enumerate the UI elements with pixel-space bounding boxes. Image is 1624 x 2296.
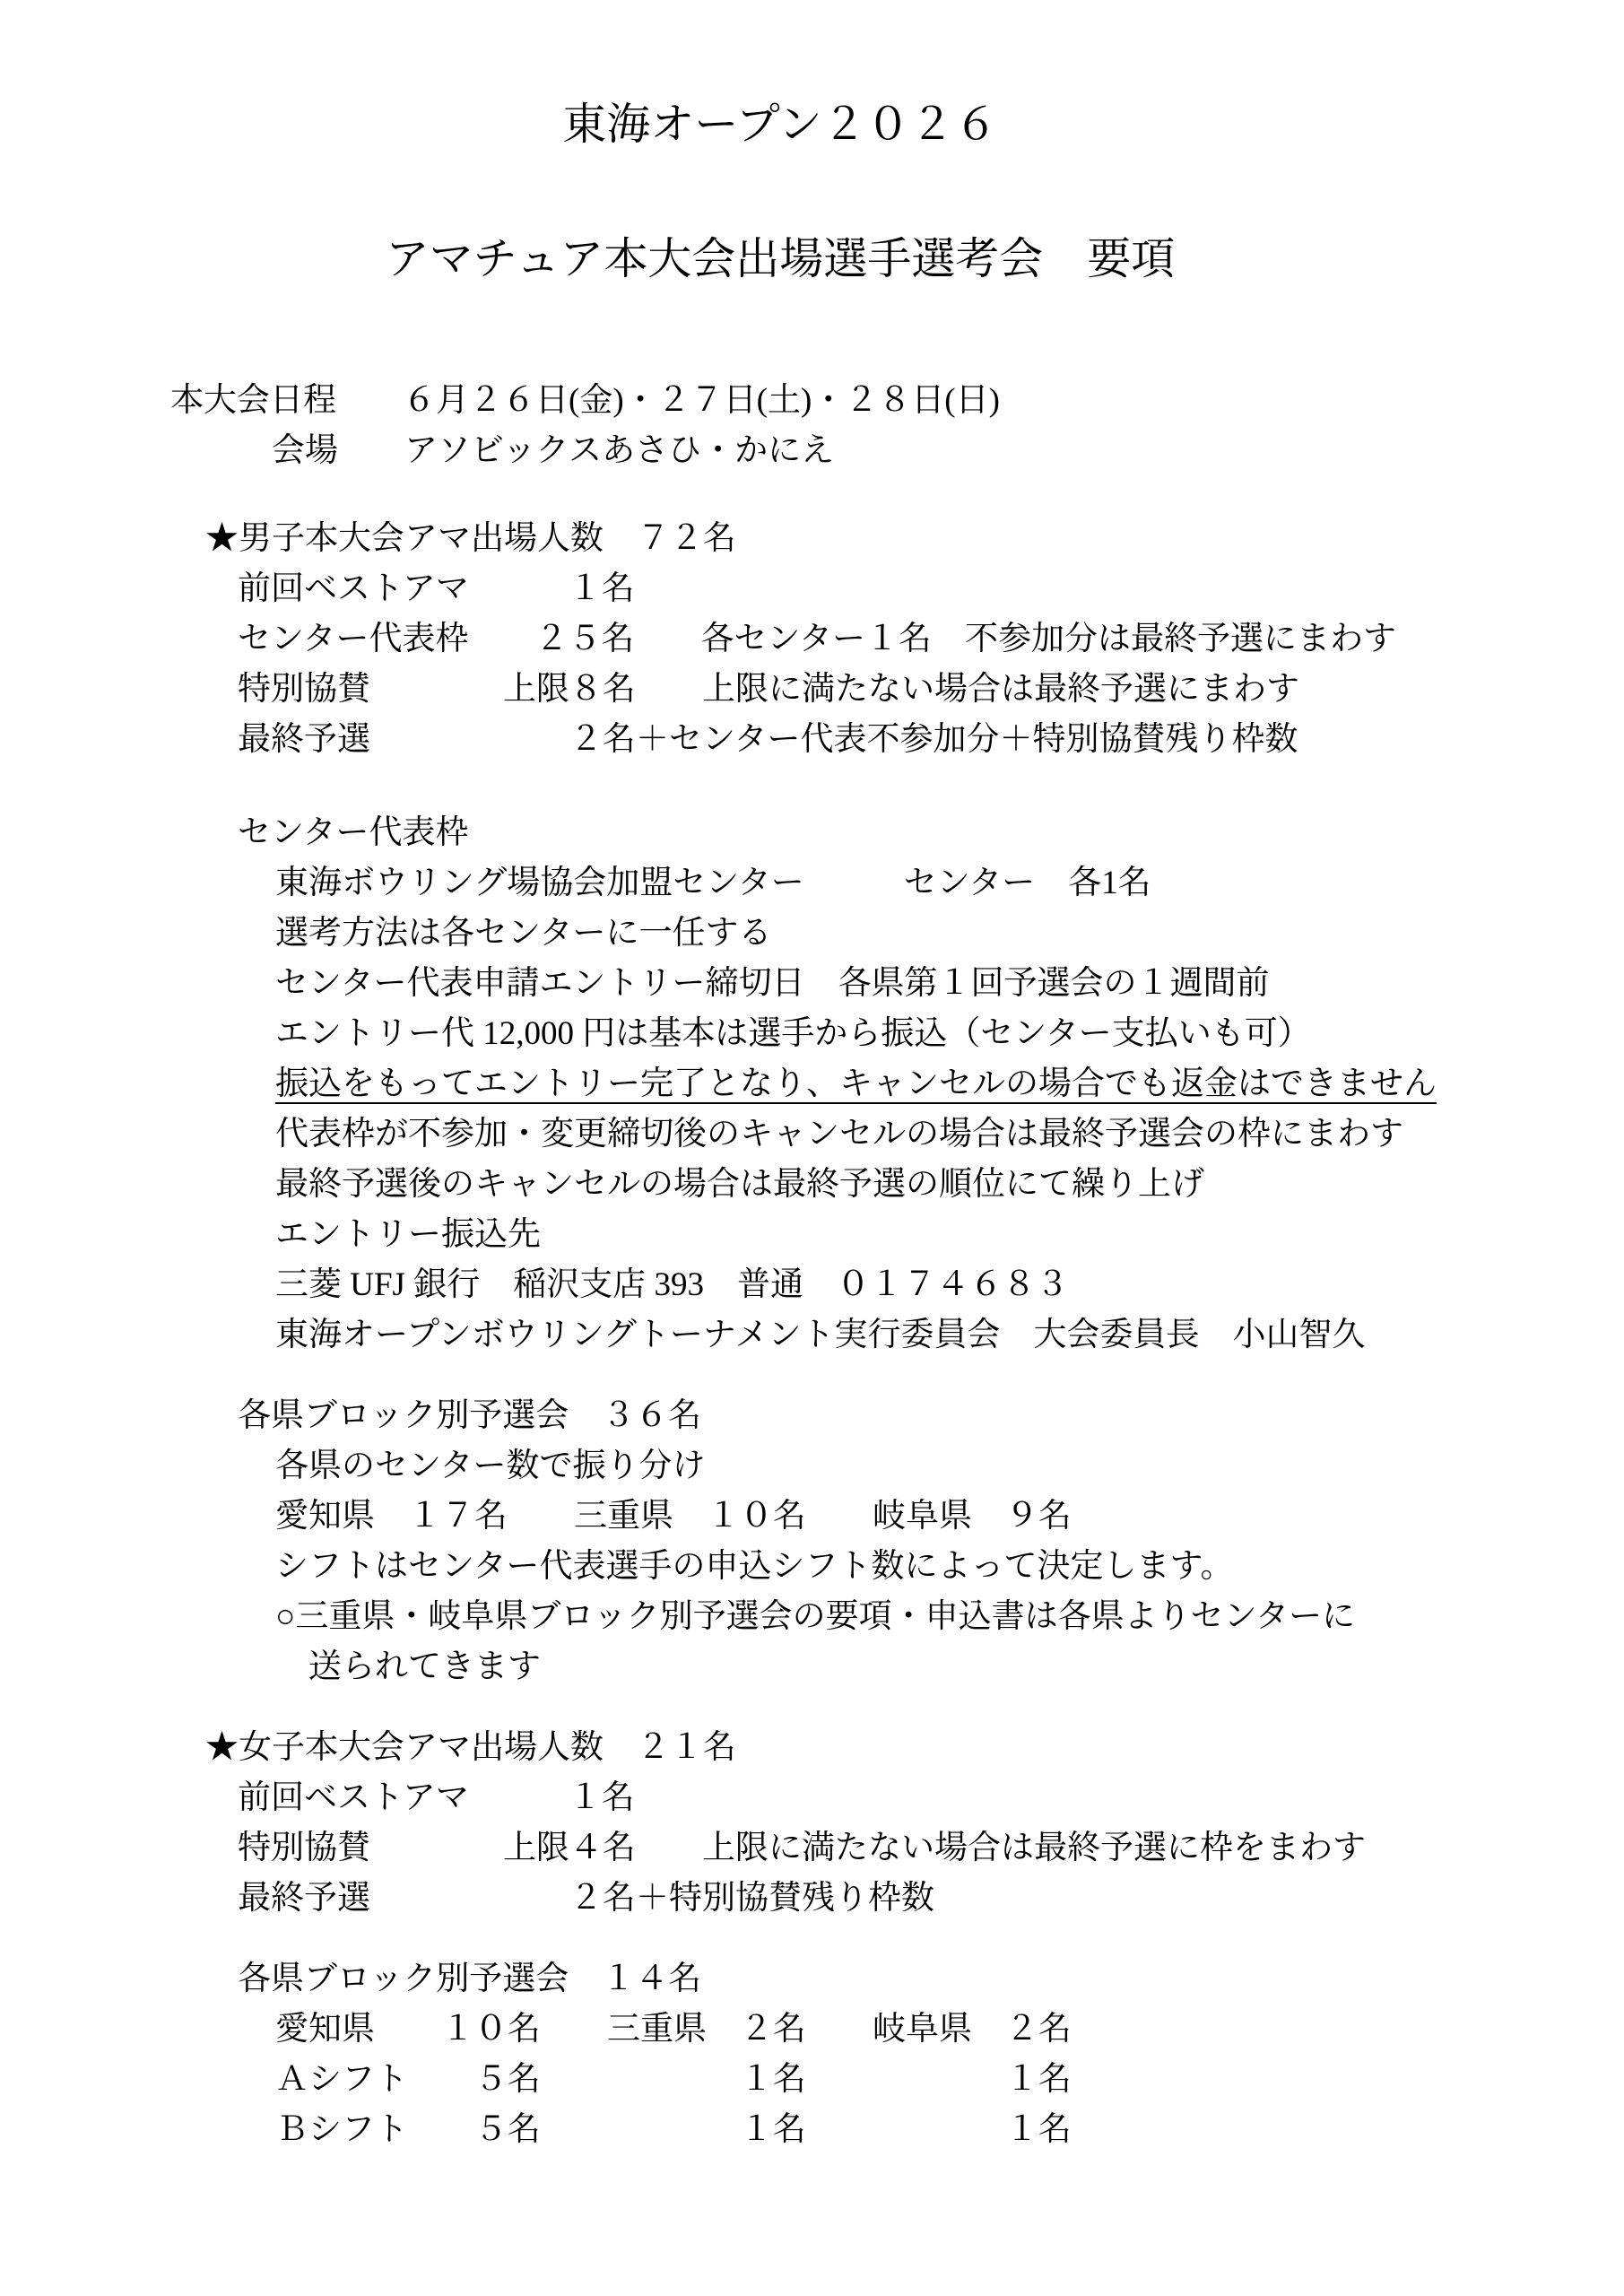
- women-best-ama-line: 前回ベストアマ １名: [238, 1778, 635, 1819]
- women-block-prefecture-counts-line: 愛知県 １０名 三重県 ２名 岐阜県 ２名: [275, 2009, 1072, 2050]
- center-entry-deadline-line: センター代表申請エントリー締切日 各県第１回予選会の１週間前: [275, 963, 1270, 1004]
- men-block-note-line-2: 送られてきます: [308, 1647, 541, 1688]
- schedule-dates-line: 本大会日程 ６月２６日(金)・２７日(土)・２８日(日): [170, 380, 1000, 422]
- men-block-prefecture-counts-line: 愛知県 １７名 三重県 １０名 岐阜県 ９名: [275, 1496, 1072, 1537]
- document-page: 東海オープン２０２６ アマチュア本大会出場選手選考会 要項 本大会日程 ６月２６…: [0, 0, 1624, 2296]
- center-entry-fee-line: エントリー代 12,000 円は基本は選手から振込（センター支払いも可）: [275, 1013, 1311, 1055]
- men-heading-line: ★男子本大会アマ出場人数 ７２名: [205, 518, 736, 560]
- men-center-quota-line: センター代表枠 ２５名 各センター１名 不参加分は最終予選にまわす: [238, 619, 1396, 660]
- bank-account-line: 三菱 UFJ 銀行 稲沢支店 393 普通 ０１７４６８３: [275, 1265, 1069, 1306]
- men-block-heading: 各県ブロック別予選会 ３６名: [238, 1396, 701, 1437]
- center-selection-method-line: 選考方法は各センターに一任する: [275, 913, 772, 954]
- women-sponsor-line: 特別協賛 上限４名 上限に満たない場合は最終予選に枠をまわす: [238, 1828, 1366, 1869]
- women-block-shift-a-line: Ａシフト ５名 １名 １名: [275, 2059, 1072, 2100]
- men-final-qualifying-line: 最終予選 ２名＋センター代表不参加分＋特別協賛残り枠数: [238, 719, 1298, 761]
- center-member-centers-line: 東海ボウリング場協会加盟センター センター 各1名: [275, 863, 1151, 904]
- center-cancel-rule-1-line: 代表枠が不参加・変更締切後のキャンセルの場合は最終予選会の枠にまわす: [275, 1114, 1403, 1155]
- committee-chairman-line: 東海オープンボウリングトーナメント実行委員会 大会委員長 小山智久: [275, 1315, 1365, 1356]
- page-title: 東海オープン２０２６: [0, 99, 1560, 151]
- page-subtitle: アマチュア本大会出場選手選考会 要項: [0, 233, 1560, 285]
- center-cancel-rule-2-line: 最終予選後のキャンセルの場合は最終予選の順位にて繰り上げ: [275, 1164, 1204, 1205]
- women-heading-line: ★女子本大会アマ出場人数 ２１名: [205, 1727, 736, 1769]
- bank-heading-line: エントリー振込先: [275, 1214, 541, 1256]
- venue-line: 会場 アソビックスあさひ・かにえ: [272, 430, 834, 472]
- men-block-shift-rule-line: シフトはセンター代表選手の申込シフト数によって決定します。: [275, 1546, 1234, 1587]
- center-refund-notice-line: 振込をもってエントリー完了となり、キャンセルの場合でも返金はできません: [275, 1064, 1437, 1105]
- men-best-ama-line: 前回ベストアマ １名: [238, 569, 635, 610]
- women-final-qualifying-line: 最終予選 ２名＋特別協賛残り枠数: [238, 1878, 934, 1919]
- men-sponsor-line: 特別協賛 上限８名 上限に満たない場合は最終予選にまわす: [238, 669, 1299, 710]
- center-section-heading: センター代表枠: [238, 813, 469, 854]
- women-block-shift-b-line: Ｂシフト ５名 １名 １名: [275, 2109, 1072, 2151]
- men-block-allocation-line: 各県のセンター数で振り分け: [275, 1446, 706, 1487]
- women-block-heading: 各県ブロック別予選会 １４名: [238, 1959, 701, 2000]
- men-block-note-line-1: ○三重県・岐阜県ブロック別予選会の要項・申込書は各県よりセンターに: [275, 1596, 1355, 1638]
